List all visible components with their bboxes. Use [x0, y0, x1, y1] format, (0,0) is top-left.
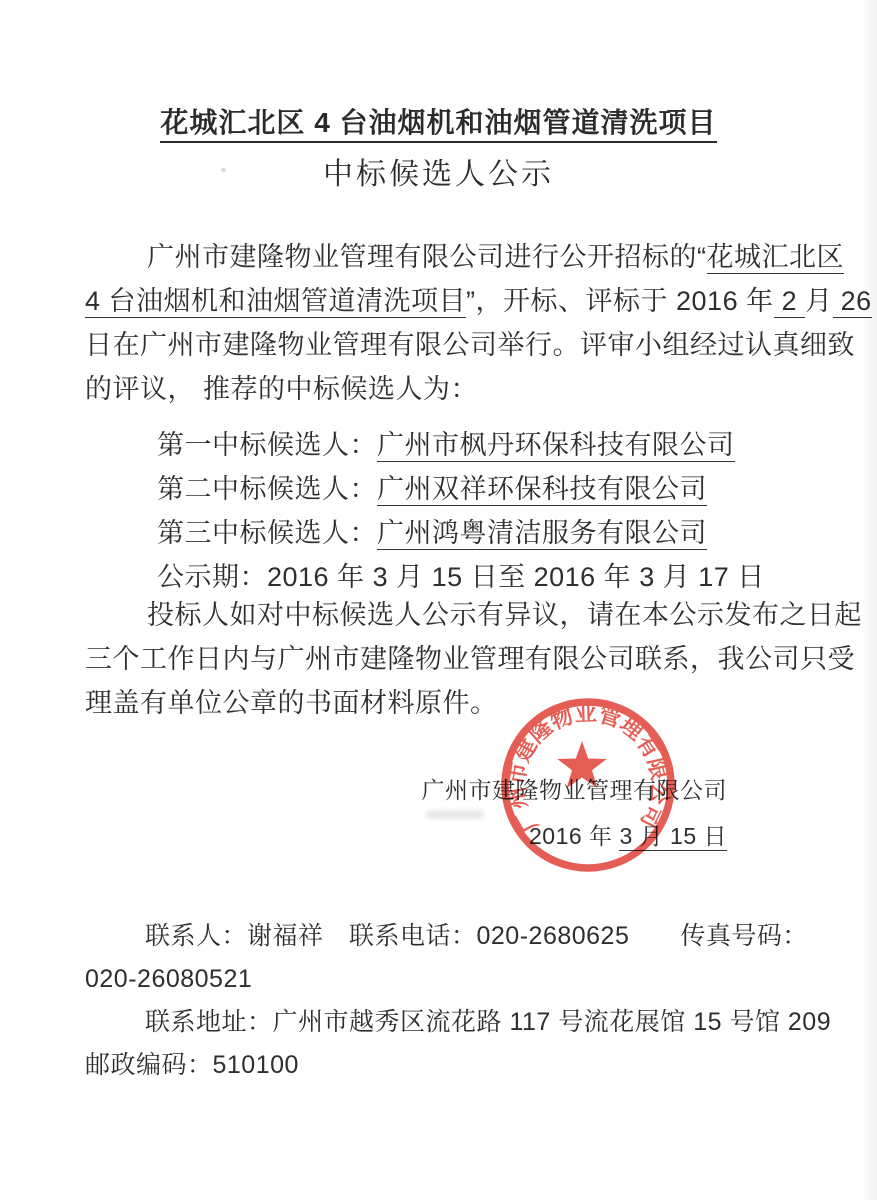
candidate-company: 广州鸿粤清洁服务有限公司 — [377, 518, 707, 550]
paragraph1-line3: 日在广州市建隆物业管理有限公司举行。评审小组经过认真细致 — [85, 323, 793, 367]
paragraph2-line2: 三个工作日内与广州市建隆物业管理有限公司联系，我公司只受 — [85, 637, 793, 681]
document-page: 花城汇北区 4 台油烟机和油烟管道清洗项目 中标候选人公示 广州市建隆物业管理有… — [0, 0, 877, 1200]
postal-code-line: 邮政编码：510100 — [85, 1044, 793, 1087]
paragraph1-line4: 的评议， 推荐的中标候选人为： — [85, 367, 793, 411]
underlined-month-value: 2 — [774, 286, 806, 318]
scan-speck — [221, 168, 226, 172]
candidate-line-2: 第二中标候选人：广州双祥环保科技有限公司 — [85, 467, 793, 511]
paragraph1-line1: 广州市建隆物业管理有限公司进行公开招标的“花城汇北区 — [85, 235, 793, 279]
fax-number-line: 020-26080521 — [85, 958, 793, 1001]
candidate-company: 广州市枫丹环保科技有限公司 — [377, 430, 735, 462]
paragraph2-line3: 理盖有单位公章的书面材料原件。 — [85, 681, 793, 725]
body-text: 月 — [805, 286, 833, 316]
candidate-label: 第二中标候选人： — [157, 474, 377, 504]
contact-block: 联系人：谢福祥 联系电话：020-2680625 传真号码： 020-26080… — [85, 915, 793, 1087]
candidate-line-1: 第一中标候选人：广州市枫丹环保科技有限公司 — [85, 423, 793, 467]
body-text: ”，开标、评标于 2016 年 — [466, 286, 774, 316]
star-icon — [557, 741, 606, 788]
document-title: 花城汇北区 4 台油烟机和油烟管道清洗项目 — [0, 103, 877, 143]
document-title-text: 花城汇北区 4 台油烟机和油烟管道清洗项目 — [160, 107, 716, 143]
contact-person-phone-line: 联系人：谢福祥 联系电话：020-2680625 传真号码： — [85, 915, 793, 958]
scan-smudge — [426, 810, 484, 819]
paragraph1-line2: 4 台油烟机和油烟管道清洗项目”，开标、评标于 2016 年 2 月 26 — [85, 279, 793, 323]
candidate-company: 广州双祥环保科技有限公司 — [377, 474, 707, 506]
document-subtitle: 中标候选人公示 — [0, 154, 877, 196]
underlined-project-name: 花城汇北区 — [707, 242, 845, 274]
contact-address-line: 联系地址：广州市越秀区流花路 117 号流花展馆 15 号馆 209 — [85, 1001, 793, 1044]
candidate-label: 第一中标候选人： — [157, 430, 377, 460]
paragraph2-line1: 投标人如对中标候选人公示有异议，请在本公示发布之日起 — [85, 593, 793, 637]
body-text: 广州市建隆物业管理有限公司进行公开招标的“ — [147, 242, 707, 272]
company-seal-stamp: 广州市建隆物业管理有限公司 — [497, 694, 679, 876]
candidate-line-3: 第三中标候选人：广州鸿粤清洁服务有限公司 — [85, 511, 793, 555]
document-body: 广州市建隆物业管理有限公司进行公开招标的“花城汇北区 4 台油烟机和油烟管道清洗… — [85, 235, 793, 1087]
underlined-project-name: 4 台油烟机和油烟管道清洗项目 — [85, 286, 466, 318]
candidate-label: 第三中标候选人： — [157, 518, 377, 548]
underlined-day-value: 26 — [833, 286, 872, 318]
